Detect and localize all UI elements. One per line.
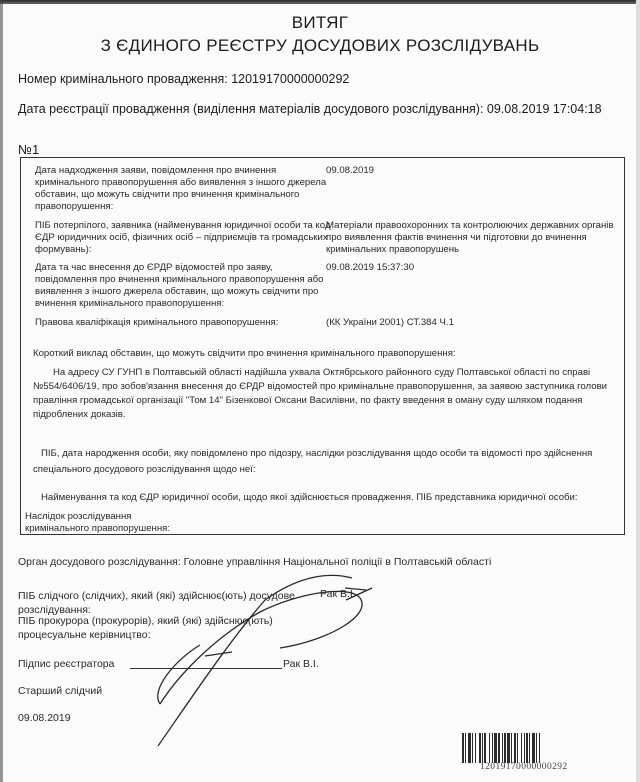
row-label-qualification: Правова кваліфікація кримінального право… [35, 317, 335, 329]
investigator-label: ПІБ слідчого (слідчих), який (які) здійс… [18, 589, 318, 617]
signature-line [130, 668, 282, 669]
row-label-application-date: Дата надходження заяви, повідомлення про… [35, 165, 335, 213]
barcode [462, 733, 617, 763]
case-number: Номер кримінального провадження: 1201917… [18, 72, 349, 86]
result-label: Наслідок розслідування кримінального пра… [25, 511, 195, 535]
document-title: ВИТЯГ [0, 13, 640, 33]
row-label-applicant: ПІБ потерпілого, заявника (найменування … [35, 220, 335, 256]
investigation-body: Орган досудового розслідування: Головне … [18, 555, 491, 569]
signature-date: 09.08.2019 [18, 711, 71, 725]
investigator-value: Рак В.І. [320, 587, 356, 601]
registration-date: Дата реєстрації провадження (виділення м… [18, 101, 618, 117]
row-value-application-date: 09.08.2019 [326, 165, 621, 177]
row-value-entry-datetime: 09.08.2019 15:37:30 [326, 262, 621, 274]
scan-left-edge [0, 0, 3, 782]
row-label-entry-datetime: Дата та час внесення до ЄРДР відомостей … [35, 262, 335, 310]
summary-label: Короткий виклад обставин, що можуть свід… [33, 348, 618, 360]
row-value-applicant: Матеріали правоохоронних та контролюючих… [326, 220, 621, 256]
legal-entity-label: Найменування та код ЄДР юридичної особи,… [41, 492, 626, 504]
summary-text: На адресу СУ ГУНП в Полтавській області … [33, 366, 618, 422]
registrar-signature-label: Підпис реєстратора [18, 657, 114, 671]
section-number: №1 [18, 142, 39, 157]
position: Старший слідчий [18, 684, 102, 698]
registrar-name: Рак В.І. [283, 657, 319, 671]
document-subtitle: З ЄДИНОГО РЕЄСТРУ ДОСУДОВИХ РОЗСЛІДУВАНЬ [0, 36, 640, 56]
scan-top-edge [0, 0, 640, 4]
scan-right-edge [636, 0, 640, 782]
barcode-number: 12019170000000292 [480, 762, 568, 772]
register-table: Дата надходження заяви, повідомлення про… [20, 157, 625, 535]
prosecutor-label: ПІБ прокурора (прокурорів), який (які) з… [18, 614, 293, 642]
suspect-label: ПІБ, дата народження особи, яку повідомл… [33, 446, 618, 478]
row-value-qualification: (КК України 2001) СТ.384 Ч.1 [326, 317, 621, 329]
